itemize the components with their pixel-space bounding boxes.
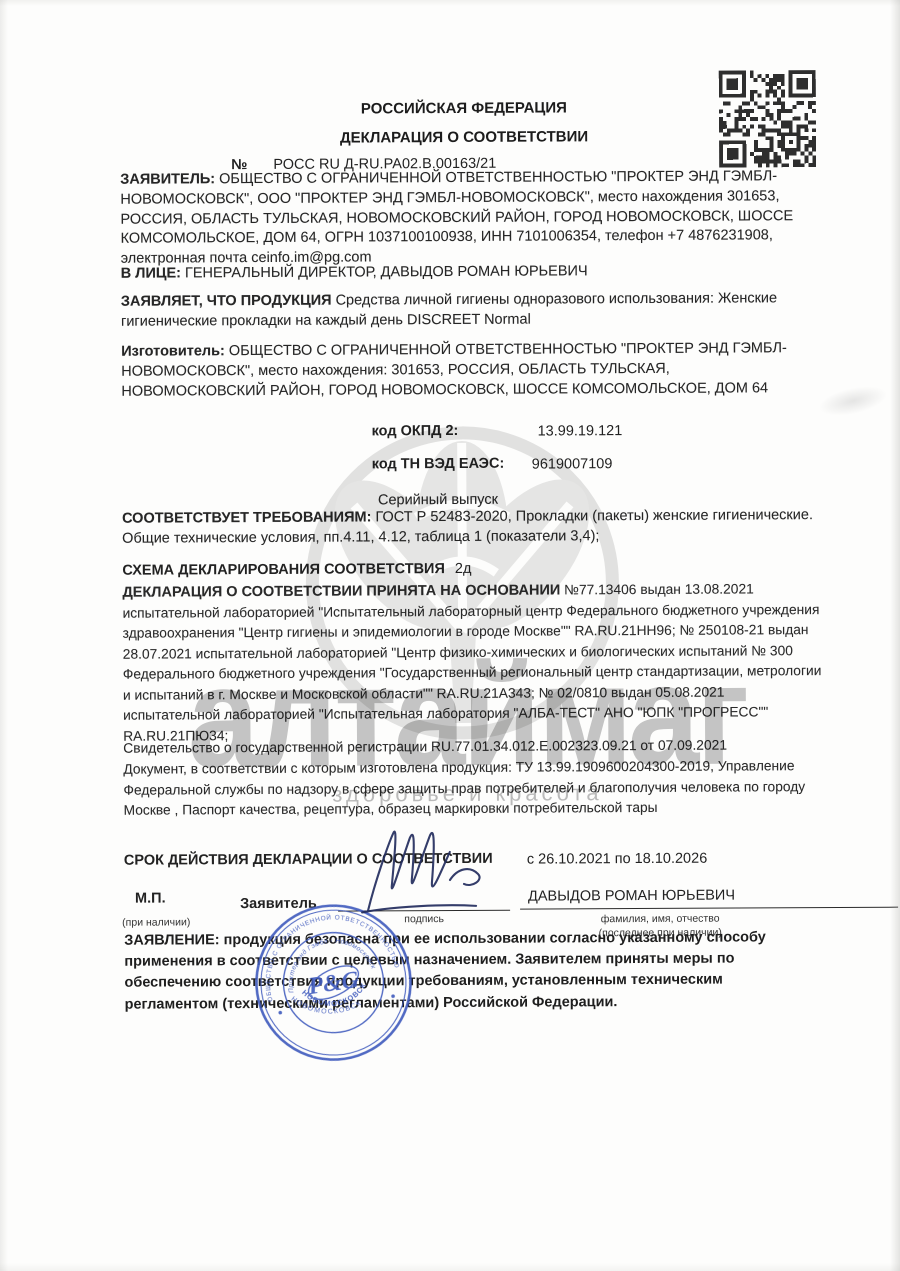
stamp-place-label: М.П.: [135, 890, 166, 906]
okpd-value: 13.99.19.121: [538, 423, 623, 439]
scanned-declaration-page: { "header": { "country": "РОССИЙСКАЯ ФЕД…: [0, 0, 900, 1271]
signatory-name: ДАВЫДОВ РОМАН ЮРЬЕВИЧ: [520, 887, 898, 910]
applicant-paragraph: ЗАЯВИТЕЛЬ: ОБЩЕСТВО С ОГРАНИЧЕННОЙ ОТВЕТ…: [120, 167, 815, 270]
country-title: РОССИЙСКАЯ ФЕДЕРАЦИЯ: [118, 98, 810, 119]
tnved-value: 9619007109: [532, 456, 613, 472]
declares-paragraph: ЗАЯВЛЯЕТ, ЧТО ПРОДУКЦИЯ Средства личной …: [121, 289, 815, 332]
okpd-label: код ОКПД 2:: [372, 423, 459, 439]
registration-paragraph: Свидетельство о государственной регистра…: [123, 735, 823, 759]
okpd-row: код ОКПД 2: 13.99.19.121: [372, 423, 459, 439]
applicant-label: ЗАЯВИТЕЛЬ:: [120, 171, 215, 187]
conforms-label: СООТВЕТСТВУЕТ ТРЕБОВАНИЯМ:: [122, 509, 371, 526]
product-document-paragraph: Документ, в соответствии с которым изгот…: [123, 756, 823, 821]
scheme-row: СХЕМА ДЕКЛАРИРОВАНИЯ СООТВЕТСТВИЯ 2д: [122, 561, 471, 579]
conforms-paragraph: СООТВЕТСТВУЕТ ТРЕБОВАНИЯМ: ГОСТ Р 52483-…: [122, 506, 816, 549]
scheme-value: 2д: [455, 561, 472, 577]
applicant-text: ОБЩЕСТВО С ОГРАНИЧЕННОЙ ОТВЕТСТВЕННОСТЬЮ…: [120, 168, 793, 267]
manufacturer-label: Изготовитель:: [121, 343, 225, 360]
in-person-label: В ЛИЦЕ:: [121, 265, 181, 281]
statement-label: ЗАЯВЛЕНИЕ:: [124, 932, 219, 948]
basis-text: №77.13406 выдан 13.08.2021 испытательной…: [123, 581, 822, 743]
document-title: ДЕКЛАРАЦИЯ О СООТВЕТСТВИИ: [118, 127, 810, 148]
document-body: РОССИЙСКАЯ ФЕДЕРАЦИЯ ДЕКЛАРАЦИЯ О СООТВЕ…: [0, 0, 900, 1271]
validity-value: с 26.10.2021 по 18.10.2026: [527, 851, 707, 868]
tnved-row: код ТН ВЭД ЕАЭС: 9619007109: [372, 456, 505, 473]
basis-paragraph: ДЕКЛАРАЦИЯ О СООТВЕТСТВИИ ПРИНЯТА НА ОСН…: [122, 579, 823, 747]
name-caption-line1: фамилия, имя, отчество: [520, 912, 800, 925]
handwritten-signature: [354, 822, 530, 923]
manufacturer-paragraph: Изготовитель: ОБЩЕСТВО С ОГРАНИЧЕННОЙ ОТ…: [121, 339, 815, 402]
statement-text: продукция безопасна при ее использовании…: [124, 929, 766, 1012]
in-person-paragraph: В ЛИЦЕ: ГЕНЕРАЛЬНЫЙ ДИРЕКТОР, ДАВЫДОВ РО…: [121, 261, 815, 284]
stamp-place-note: (при наличии): [122, 916, 190, 928]
in-person-text: ГЕНЕРАЛЬНЫЙ ДИРЕКТОР, ДАВЫДОВ РОМАН ЮРЬЕ…: [185, 263, 588, 281]
statement-paragraph: ЗАЯВЛЕНИЕ: продукция безопасна при ее ис…: [124, 927, 796, 1015]
declares-label: ЗАЯВЛЯЕТ, ЧТО ПРОДУКЦИЯ: [121, 293, 332, 310]
tnved-label: код ТН ВЭД ЕАЭС:: [372, 456, 505, 473]
basis-label: ДЕКЛАРАЦИЯ О СООТВЕТСТВИИ ПРИНЯТА НА ОСН…: [122, 582, 560, 600]
scheme-label: СХЕМА ДЕКЛАРИРОВАНИЯ СООТВЕТСТВИЯ: [122, 561, 445, 579]
